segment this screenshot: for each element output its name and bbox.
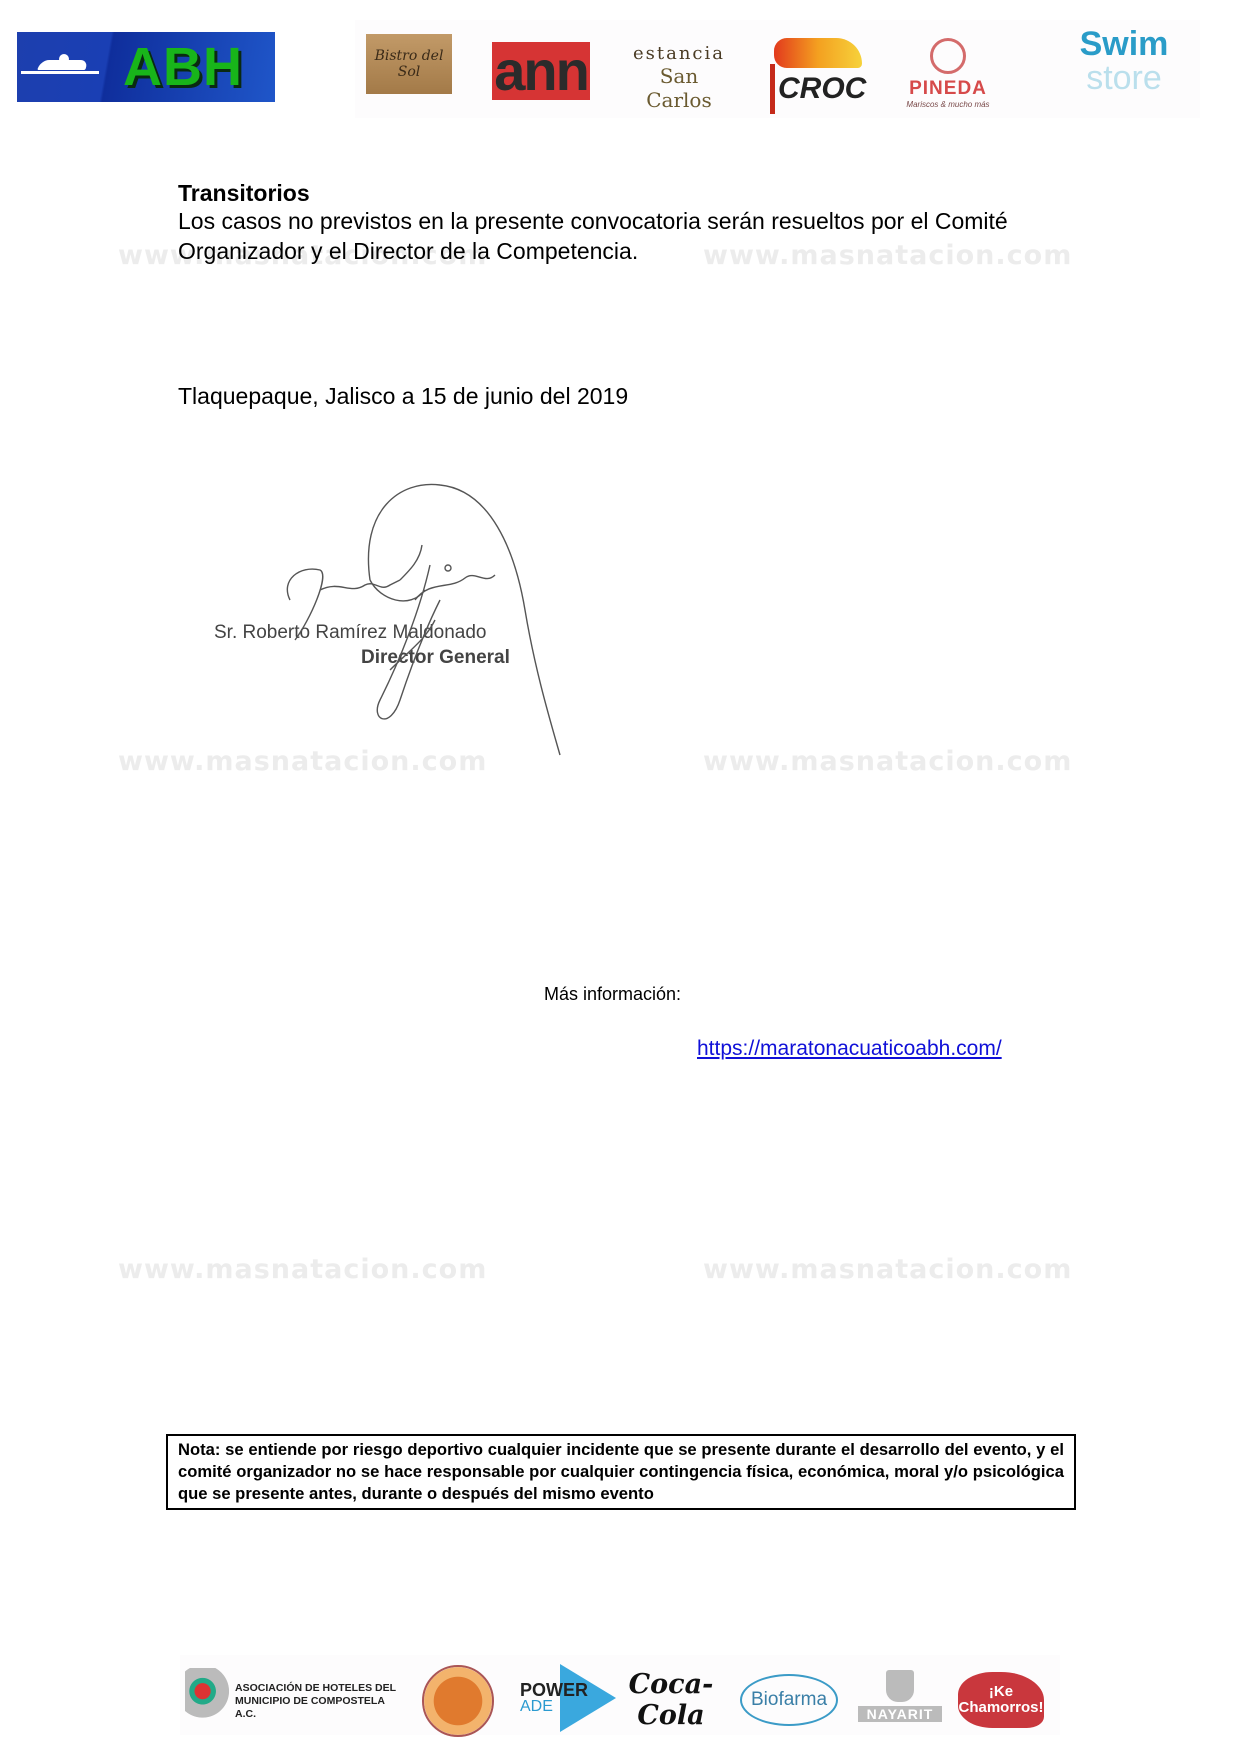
biofarma-logo: Biofarma [740,1674,838,1726]
more-info-link[interactable]: https://maratonacuaticoabh.com/ [697,1037,1002,1061]
section-heading: Transitorios [178,178,310,208]
nayarit-crest-icon [886,1670,914,1702]
transitorios-paragraph: Los casos no previstos en la presente co… [178,206,1078,266]
disclaimer-note-text: Nota: se entiende por riesgo deportivo c… [178,1440,1064,1503]
swimmer-icon [17,32,109,102]
signer-name: Sr. Roberto Ramírez Maldonado [214,622,486,644]
disclaimer-note-box: Nota: se entiende por riesgo deportivo c… [166,1434,1076,1510]
proteccion-civil-seal-logo [422,1665,494,1737]
watermark: www.masnatacion.com [703,746,1072,777]
estancia-san-carlos-logo: estancia San Carlos [628,42,730,112]
watermark: www.masnatacion.com [703,1254,1072,1285]
abh-logo: ABH [17,32,275,102]
signature-scribble [250,470,570,760]
abh-logo-text: ABH [123,32,243,102]
asociacion-hoteles-logo: ASOCIACIÓN DE HOTELES DEL MUNICIPIO DE C… [185,1660,405,1730]
powerade-logo: POWER ADE [520,1660,610,1734]
croc-logo: CROC [766,38,866,116]
swim-store-logo: Swim store [1070,26,1178,102]
more-info-label: Más información: [544,984,681,1005]
watermark: www.masnatacion.com [118,1254,487,1285]
ke-chamorros-logo: ¡Ke Chamorros! [958,1672,1044,1728]
eagle-crest-icon [185,1668,229,1726]
nayarit-logo: NAYARIT [858,1670,942,1730]
coca-cola-logo: Coca-Cola [625,1672,717,1728]
signer-title: Director General [361,647,510,669]
date-line: Tlaquepaque, Jalisco a 15 de junio del 2… [178,381,628,411]
ann-nayarit-logo: ann [492,42,590,100]
pineda-logo: PINEDA Mariscos & mucho más [890,38,1006,112]
watermark: www.masnatacion.com [118,746,487,777]
bistro-del-sol-logo: Bistro del Sol [366,34,452,94]
flame-icon [774,38,862,68]
ship-wheel-icon [930,38,966,74]
